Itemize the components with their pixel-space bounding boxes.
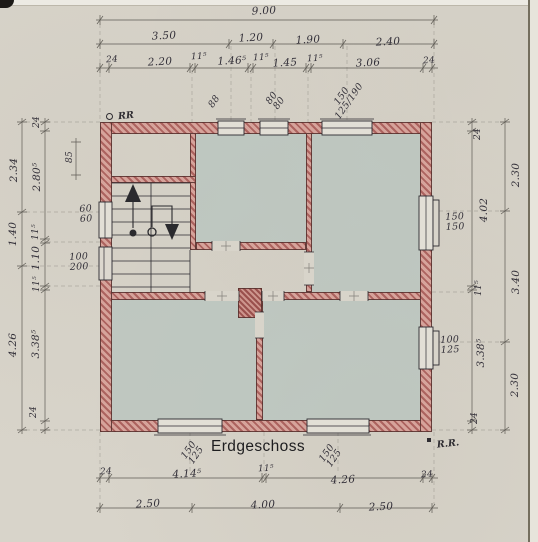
dim-top-detail: 3.06 xyxy=(355,56,380,69)
rainpipe-circle-icon xyxy=(106,113,113,120)
rainpipe-square-icon xyxy=(427,438,431,442)
dim-top-detail: 24 xyxy=(106,55,119,66)
window-label-line: 125 xyxy=(440,345,460,355)
dim-top-axis: 1.20 xyxy=(238,31,263,44)
paper-fold-line xyxy=(528,0,530,542)
stair-down-arrow-icon xyxy=(165,224,179,240)
dim-top-axis: 3.50 xyxy=(151,29,176,42)
dim-left-outer: 2.34 xyxy=(8,158,20,183)
window-label-right-lower: 100125 xyxy=(440,335,460,355)
window-label-line: 150 xyxy=(445,222,465,232)
dim-bottom-detail: 24 xyxy=(421,470,434,481)
window-label-top-3: 150125/190 xyxy=(327,77,365,121)
rainpipe-label-top-left: RR xyxy=(118,110,135,123)
wall-exterior-right xyxy=(420,122,432,432)
dim-right-detail: 4.02 xyxy=(478,198,490,223)
dim-bottom-detail: 11⁵ xyxy=(258,464,274,475)
dim-left-detail: 2.80⁵ xyxy=(31,162,43,191)
window-label-left-small: 6060 xyxy=(79,204,93,224)
dim-left-detail: 24 xyxy=(29,406,39,418)
dim-top-axis: 2.40 xyxy=(375,35,400,48)
dim-right-detail: 24 xyxy=(473,128,483,140)
dim-left-outer: 1.40 xyxy=(7,222,19,247)
stair-up-arrow-icon xyxy=(125,184,141,202)
dim-top-detail: 11⁵ xyxy=(253,53,269,64)
window-label-line: 60 xyxy=(80,214,93,224)
dim-left-detail: 11⁵ xyxy=(31,224,41,240)
stairs xyxy=(112,183,190,292)
wall-interior-vertical-right xyxy=(306,133,312,292)
dim-top-detail: 1.45 xyxy=(272,56,297,69)
window-label-top-1: 88 xyxy=(208,94,222,109)
chimney-block xyxy=(238,288,262,318)
dim-right-detail: 3.38⁵ xyxy=(475,338,487,367)
dim-top-detail: 1.46⁵ xyxy=(217,54,247,68)
dim-right-outer: 2.30 xyxy=(509,373,521,398)
window-label-right-upper: 150150 xyxy=(445,212,465,232)
dim-top-axis: 1.90 xyxy=(295,33,320,46)
scan-corner-mark xyxy=(0,0,14,8)
dim-right-outer: 2.30 xyxy=(510,163,522,188)
wall-interior-stairhall xyxy=(190,133,196,250)
dim-top-detail: 24 xyxy=(423,56,436,67)
dim-right-detail: 24 xyxy=(470,412,480,424)
stair-landing-circle-icon xyxy=(148,228,156,236)
door-label-entry: 100200 xyxy=(69,252,89,272)
dim-left-detail: 3.38⁵ xyxy=(30,329,42,358)
dim-left-detail: 1.10 xyxy=(30,246,42,271)
dim-bottom-detail: 4.14⁵ xyxy=(172,467,202,481)
room-top-middle xyxy=(196,134,306,242)
wall-interior-horizontal-main xyxy=(111,292,421,300)
room-bottom-right xyxy=(263,300,420,420)
wall-interior-bottom-rooms xyxy=(256,300,263,420)
floor-title: Erdgeschoss xyxy=(211,438,305,456)
paper-edge-top xyxy=(0,0,538,6)
dim-left-detail: 24 xyxy=(32,116,42,128)
dim-right-outer: 3.40 xyxy=(510,270,522,295)
dim-left-outer: 4.26 xyxy=(7,333,19,358)
window-label-bottom-right: 150125 xyxy=(319,443,344,468)
dim-right-detail: 11⁵ xyxy=(474,280,484,296)
wall-exterior-bottom xyxy=(100,420,432,432)
dim-stair-offset: 85 xyxy=(65,151,75,163)
dim-bottom-axis: 2.50 xyxy=(368,500,393,513)
dim-top-detail: 2.20 xyxy=(147,55,172,68)
dim-bottom-detail: 24 xyxy=(100,467,113,478)
room-top-right xyxy=(312,134,420,292)
dim-bottom-axis: 2.50 xyxy=(135,497,160,510)
dim-top-total: 9.00 xyxy=(251,4,276,17)
stair-direction-arrows xyxy=(125,184,179,240)
dim-bottom-axis: 4.00 xyxy=(250,498,275,511)
wall-exterior-left xyxy=(100,122,112,432)
wall-exterior-top xyxy=(100,122,432,134)
dim-left-detail: 11⁵ xyxy=(32,276,42,292)
paper-edge-right xyxy=(530,0,538,542)
rainpipe-label-bottom-right: R.R. xyxy=(436,437,459,450)
stair-start-dot-icon xyxy=(130,230,137,237)
wall-stair-enclosure xyxy=(111,176,196,183)
dim-top-detail: 11⁵ xyxy=(191,52,207,63)
door-label-line: 200 xyxy=(69,262,89,272)
window-label-top-2: 8080 xyxy=(265,91,286,111)
dim-bottom-detail: 4.26 xyxy=(330,473,355,486)
room-bottom-left xyxy=(112,300,256,420)
wall-interior-horizontal-upper xyxy=(196,242,306,250)
floor-plan-sheet: 9.00 3.50 1.20 1.90 2.40 24 2.20 11⁵ 1.4… xyxy=(0,0,538,542)
dim-top-detail: 11⁵ xyxy=(307,54,323,65)
window-label-bottom-left: 150125 xyxy=(181,440,206,465)
